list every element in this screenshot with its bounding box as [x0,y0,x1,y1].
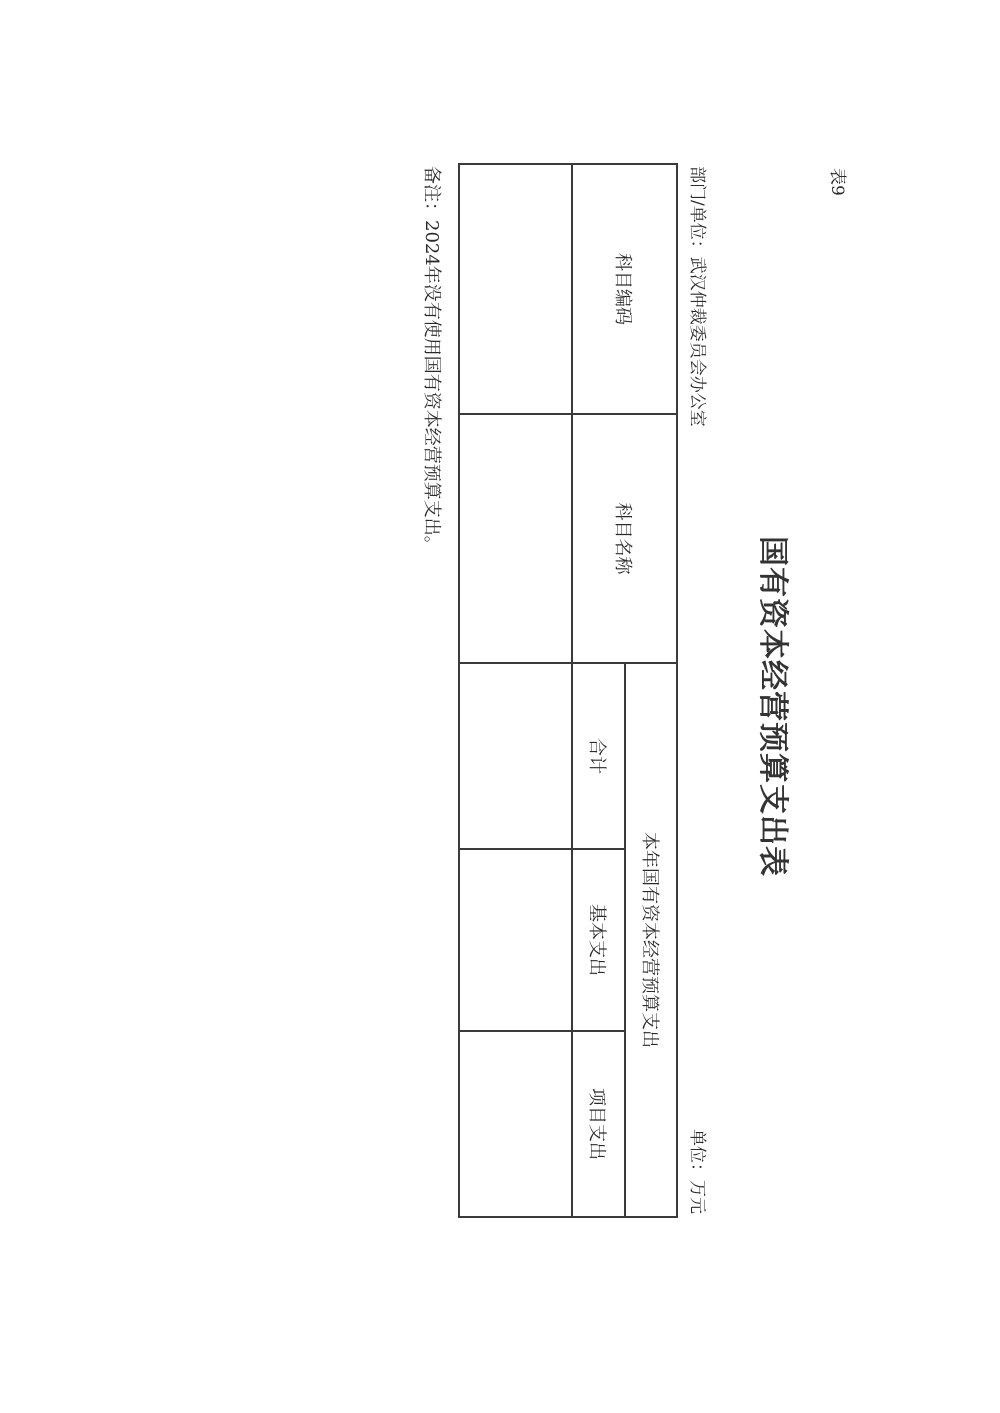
table-number: 表9 [827,168,852,196]
header-project: 项目支出 [572,1031,625,1217]
table-row [459,164,572,1217]
unit-label: 单位： [687,1129,707,1180]
page-title: 国有资本经营预算支出表 [754,536,798,877]
cell-project [459,1031,572,1217]
budget-table: 科目编码 科目名称 本年国有资本经营预算支出 合计 基本支出 项目支出 [458,163,678,1218]
header-group-expenditure: 本年国有资本经营预算支出 [625,663,677,1217]
header-row-1: 科目编码 科目名称 本年国有资本经营预算支出 [625,164,677,1217]
department-label: 部门/单位： [687,166,707,257]
department-line: 部门/单位：武汉仲裁委员会办公室 [687,166,712,427]
unit-line: 单位：万元 [687,1129,712,1214]
header-total: 合计 [572,663,625,849]
budget-table-container: 科目编码 科目名称 本年国有资本经营预算支出 合计 基本支出 项目支出 [458,163,678,1218]
unit-value: 万元 [687,1180,707,1214]
header-subject-code: 科目编码 [572,164,677,414]
cell-total [459,663,572,849]
department-value: 武汉仲裁委员会办公室 [687,257,707,427]
cell-subject-name [459,414,572,663]
cell-basic [459,849,572,1031]
footnote: 备注：2024年没有使用国有资本经营预算支出。 [420,166,446,554]
header-subject-name: 科目名称 [572,414,677,663]
cell-subject-code [459,164,572,414]
header-basic: 基本支出 [572,849,625,1031]
